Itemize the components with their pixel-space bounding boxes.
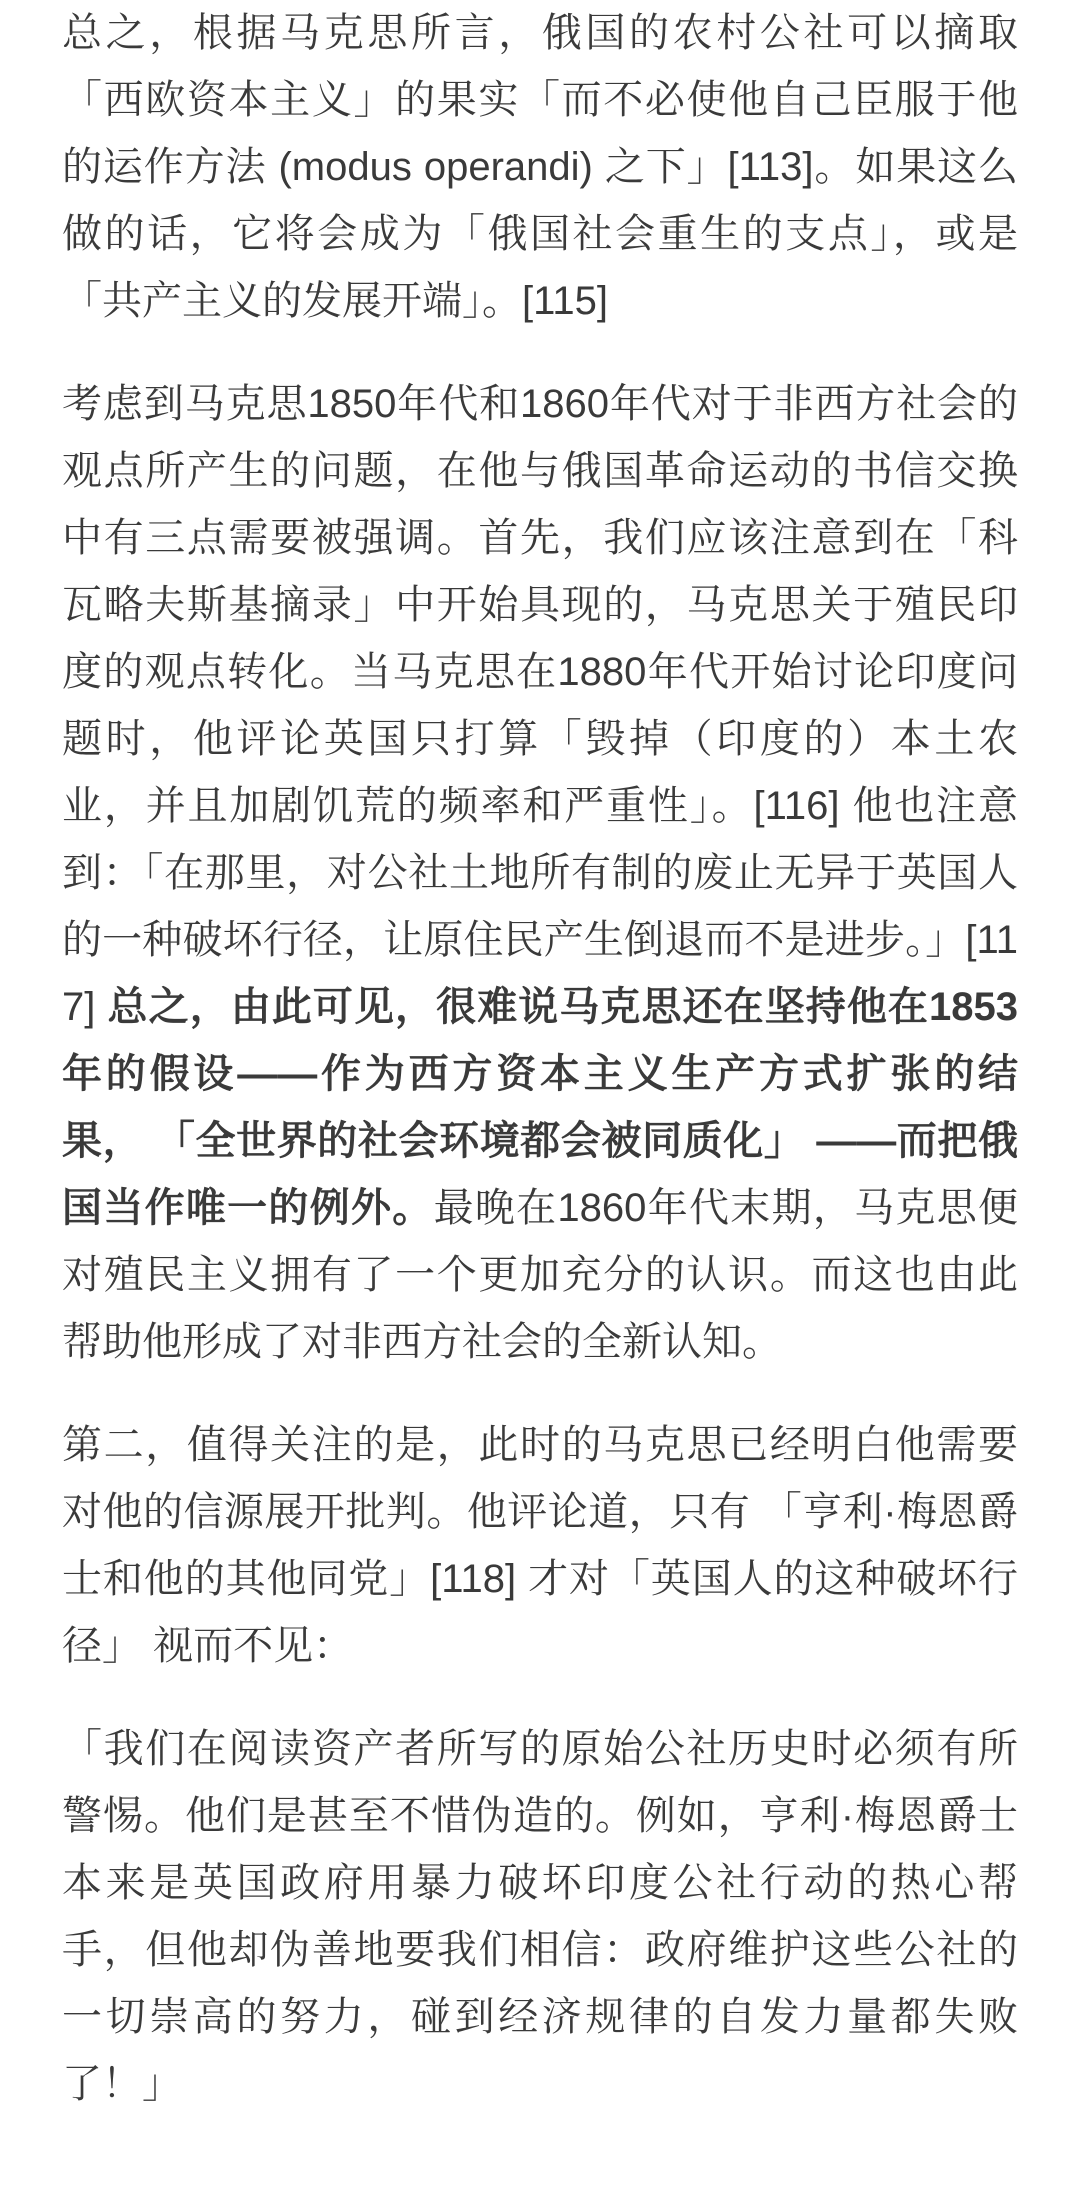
text-run: 考虑到马克思1850年代和1860年代对于非西方社会的观点所产生的问题，在他与俄…	[62, 382, 1018, 1029]
paragraph: 总之，根据马克思所言，俄国的农村公社可以摘取「西欧资本主义」的果实「而不必使他自…	[62, 0, 1018, 335]
text-run: 第二，值得关注的是，此时的马克思已经明白他需要对他的信源展开批判。他评论道，只有…	[62, 1423, 1018, 1668]
paragraph: 「我们在阅读资产者所写的原始公社历史时必须有所警惕。他们是甚至不惜伪造的。例如，…	[62, 1716, 1018, 2118]
page: { "page": { "background_color": "#ffffff…	[0, 0, 1080, 2192]
text-run: 「我们在阅读资产者所写的原始公社历史时必须有所警惕。他们是甚至不惜伪造的。例如，…	[62, 1727, 1018, 2106]
article-body: 总之，根据马克思所言，俄国的农村公社可以摘取「西欧资本主义」的果实「而不必使他自…	[0, 0, 1080, 2192]
paragraph: 考虑到马克思1850年代和1860年代对于非西方社会的观点所产生的问题，在他与俄…	[62, 371, 1018, 1376]
paragraph: 第二，值得关注的是，此时的马克思已经明白他需要对他的信源展开批判。他评论道，只有…	[62, 1412, 1018, 1680]
text-run: 总之，根据马克思所言，俄国的农村公社可以摘取「西欧资本主义」的果实「而不必使他自…	[62, 11, 1018, 323]
